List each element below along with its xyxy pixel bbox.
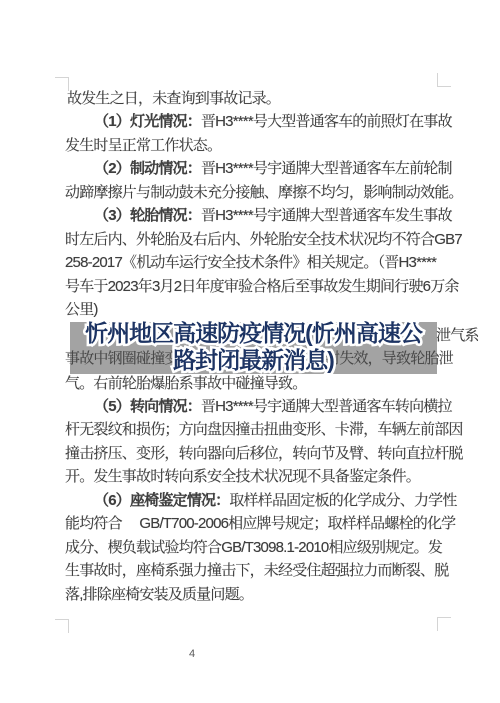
document-line: 号车于2023年3月2日年度审验合格后至事故发生期间行驶6万余 <box>65 278 459 295</box>
document-line: 生事故时，座椅系强力撞击下，未经受住超强拉力而断裂、脱 <box>65 562 448 579</box>
document-line: （5）转向情况：晋H3****号宇通牌大型普通客车转向横拉 <box>94 398 452 415</box>
document-line: 杆无裂纹和损伤；方向盘因撞击扭曲变形、卡滞，车辆左前部因 <box>65 421 463 438</box>
document-line: 时左后内、外轮胎及右后内、外轮胎安全技术状况均不符合GB7 <box>65 231 462 248</box>
page-corner-mark-bottom-right <box>437 617 451 631</box>
page-corner-mark-bottom-left <box>55 619 69 633</box>
document-line: （2）制动情况：晋H3****号宇通牌大型普通客车左前轮制 <box>94 160 452 177</box>
document-line: 落,排除座椅安装及质量问题。 <box>65 586 253 603</box>
document-line: （6）座椅鉴定情况：取样样品固定板的化学成分、力学性 <box>94 492 457 509</box>
page-corner-mark-top-right <box>437 73 451 87</box>
document-line: 公里) <box>65 301 98 318</box>
document-line: 能均符合 GB/T700-2006相应牌号规定；取样样品螺栓的化学 <box>65 515 455 532</box>
section-label: （5）转向情况： <box>94 398 201 415</box>
section-label: （3）轮胎情况： <box>94 207 201 224</box>
section-label: （2）制动情况： <box>94 160 201 177</box>
document-line: 动蹄摩擦片与制动鼓未充分接触、摩擦不均匀，影响制动效能。 <box>65 184 463 201</box>
document-line: 258-2017《机动车运行安全技术条件》相关规定。（晋H3**** <box>65 254 436 271</box>
section-label: （6）座椅鉴定情况： <box>94 492 229 509</box>
scanned-document-page: 故发生之日，未查询到事故记录。（1）灯光情况：晋H3****号大型普通客车的前照… <box>0 0 500 703</box>
document-line: （3）轮胎情况：晋H3****号宇通牌大型普通客车发生事故 <box>94 207 452 224</box>
section-label: （1）灯光情况： <box>94 113 201 130</box>
overlay-title-text: 忻州地区高速防疫情况(忻州高速公 路封闭最新消息) <box>62 320 445 374</box>
document-line: 开。发生事故时转向系安全技术状况现不具备鉴定条件。 <box>65 468 420 485</box>
document-line: 发生时呈正常工作状态。 <box>65 137 221 154</box>
page-number: 4 <box>189 648 195 660</box>
document-line: 撞击挤压、变形，转向器向后移位，转向节及臂、转向直拉杆脱 <box>65 445 463 462</box>
document-line: 故发生之日，未查询到事故记录。 <box>67 90 280 107</box>
overlay-article-title: 忻州地区高速防疫情况(忻州高速公 路封闭最新消息) 忻州地区高速防疫情况(忻州高… <box>62 320 445 378</box>
document-line: 成分、楔负载试验均符合GB/T3098.1-2010相应级别规定。发 <box>65 539 442 556</box>
page-corner-mark-top-left <box>55 77 69 91</box>
document-line: （1）灯光情况：晋H3****号大型普通客车的前照灯在事故 <box>94 113 452 130</box>
